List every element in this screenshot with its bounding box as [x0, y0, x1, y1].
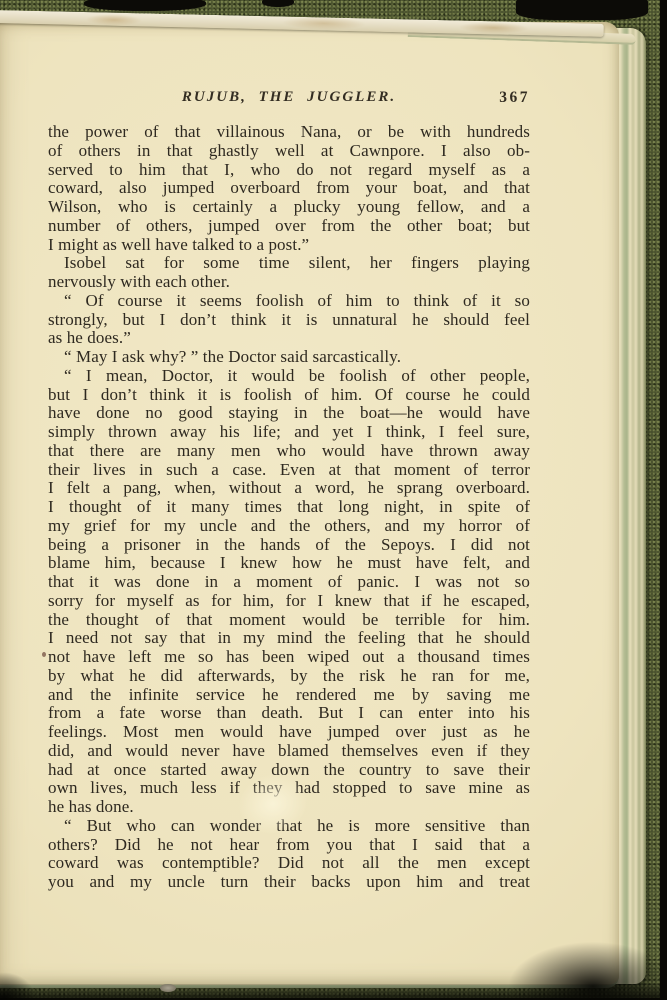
text-line: feelings. Most men would have jumped ove…: [48, 723, 530, 742]
bottom-right-shadow: [505, 940, 665, 1000]
text-line: Wilson, who is certainly a plucky young …: [48, 198, 530, 217]
text-line: and the infinite service he rendered me …: [48, 686, 530, 705]
text-line: of others in that ghastly well at Cawnpo…: [48, 142, 530, 161]
text-line: others? Did he not hear from you that I …: [48, 836, 530, 855]
text-line: strongly, but I don’t think it is unnatu…: [48, 311, 530, 330]
paragraph: “ May I ask why? ” the Doctor said sarca…: [48, 348, 530, 367]
book-scan: RUJUB, THE JUGGLER. 367 the power of tha…: [0, 0, 667, 1000]
text-line: sorry for myself as for him, for I knew …: [48, 592, 530, 611]
text-line: Isobel sat for some time silent, her fin…: [48, 254, 530, 273]
text-line: number of others, jumped over from the o…: [48, 217, 530, 236]
text-line: “ I mean, Doctor, it would be foolish of…: [48, 367, 530, 386]
running-title: RUJUB, THE JUGGLER.: [182, 89, 396, 106]
text-line: served to him that I, who do not regard …: [48, 161, 530, 180]
paragraph: Isobel sat for some time silent, her fin…: [48, 254, 530, 292]
page-number: 367: [499, 89, 530, 107]
text-line: coward, also jumped overboard from your …: [48, 179, 530, 198]
text-line: from a fate worse than death. But I can …: [48, 704, 530, 723]
text-line: “ May I ask why? ” the Doctor said sarca…: [48, 348, 530, 367]
text-line: nervously with each other.: [48, 273, 530, 292]
paragraph: the power of that villainous Nana, or be…: [48, 123, 530, 254]
text-line: simply thrown away his life; and yet I t…: [48, 423, 530, 442]
text-line: I might as well have talked to a post.”: [48, 236, 530, 255]
text-line: as he does.”: [48, 329, 530, 348]
text-line: did, and would never have blamed themsel…: [48, 742, 530, 761]
text-line: by what he did afterwards, by the risk h…: [48, 667, 530, 686]
paragraph: “ Of course it seems foolish of him to t…: [48, 292, 530, 348]
top-shadow-blob: [516, 0, 648, 20]
text-line: being a prisoner in the hands of the Sep…: [48, 536, 530, 555]
text-line: have done no good staying in the boat—he…: [48, 404, 530, 423]
debris-speck: [160, 984, 176, 992]
page-header: RUJUB, THE JUGGLER. 367: [48, 89, 530, 109]
text-line: not have left me so has been wiped out a…: [48, 648, 530, 667]
text-line: that it was done in a moment of panic. I…: [48, 573, 530, 592]
text-line: my grief for my uncle and the others, an…: [48, 517, 530, 536]
text-line: that there are many men who would have t…: [48, 442, 530, 461]
text-line: “ Of course it seems foolish of him to t…: [48, 292, 530, 311]
paper-speck: [42, 652, 46, 657]
text-line: I thought of it many times that long nig…: [48, 498, 530, 517]
text-line: blame him, because I knew how he must ha…: [48, 554, 530, 573]
text-line: the thought of that moment would be terr…: [48, 611, 530, 630]
text-line: their lives in such a case. Even at that…: [48, 461, 530, 480]
text-line: coward was contemptible? Did not all the…: [48, 854, 530, 873]
paragraph: “ I mean, Doctor, it would be foolish of…: [48, 367, 530, 817]
text-line: I felt a pang, when, without a word, he …: [48, 479, 530, 498]
text-line: the power of that villainous Nana, or be…: [48, 123, 530, 142]
text-line: I need not say that in my mind the feeli…: [48, 629, 530, 648]
text-line: but I don’t think it is foolish of him. …: [48, 386, 530, 405]
text-line: you and my uncle turn their backs upon h…: [48, 873, 530, 892]
book-page: RUJUB, THE JUGGLER. 367 the power of tha…: [0, 22, 619, 988]
bottom-left-shadow: [0, 972, 36, 1000]
